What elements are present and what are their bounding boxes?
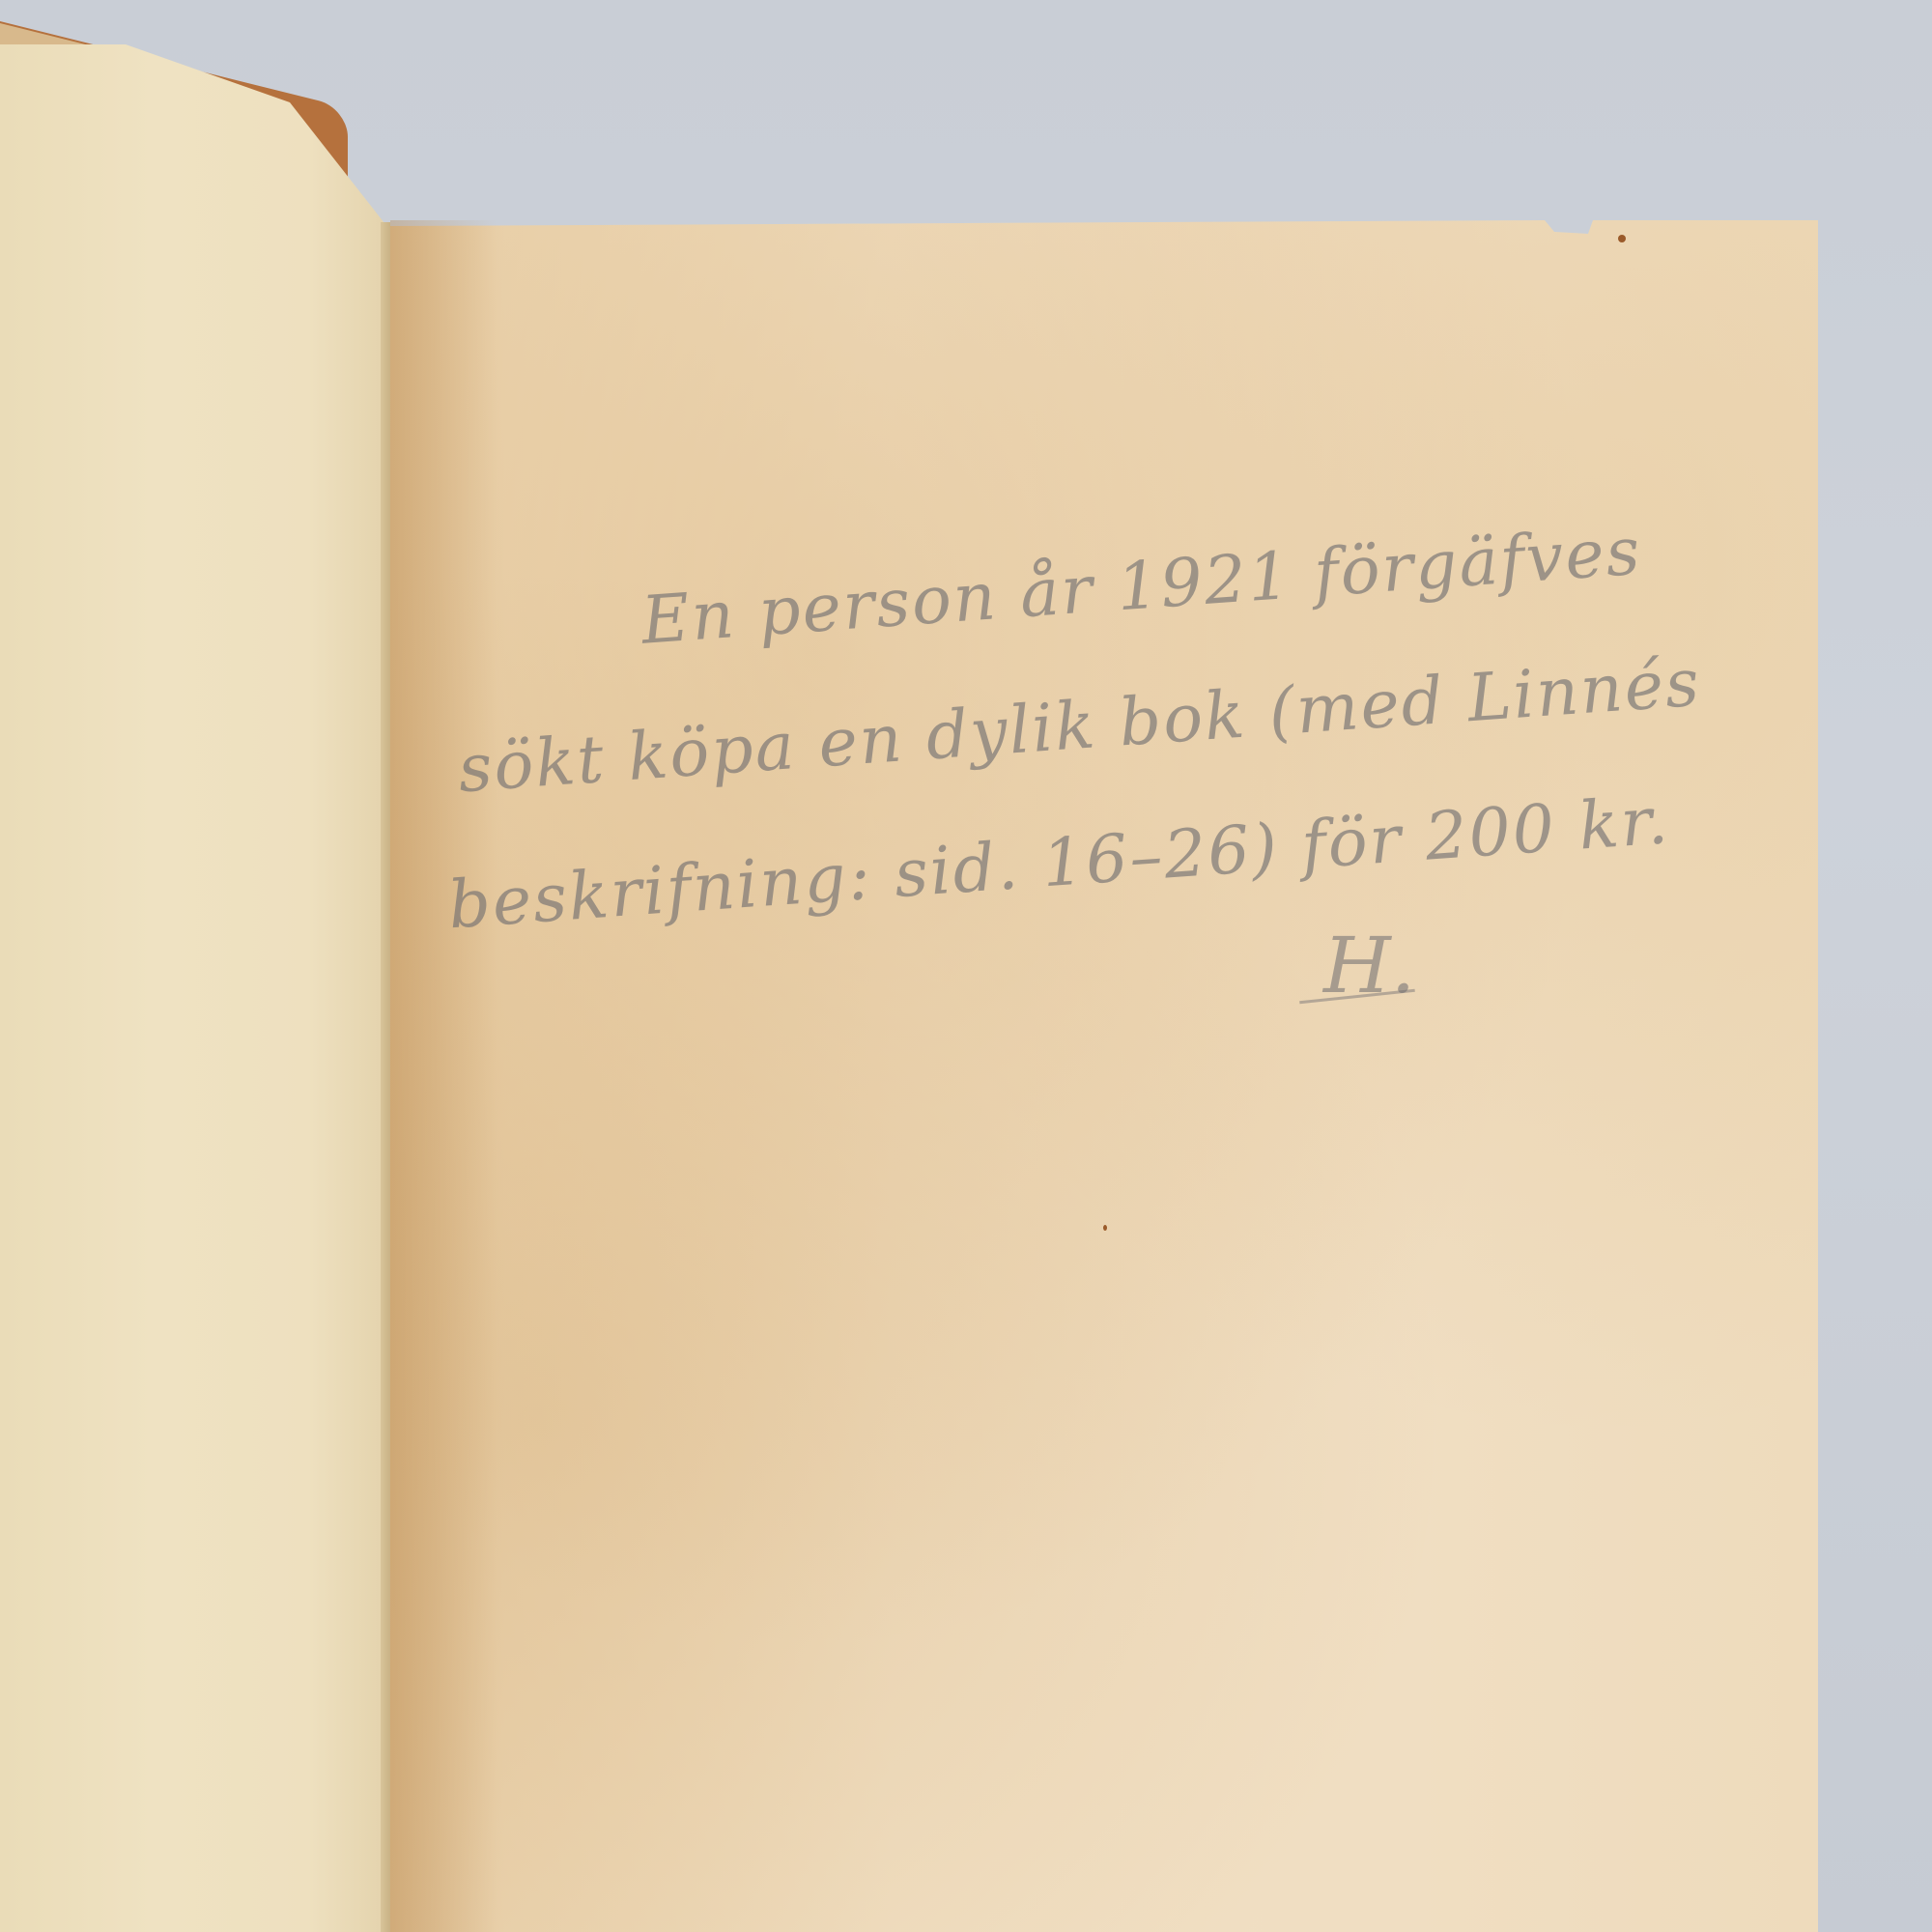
left-page-edge bbox=[381, 222, 390, 1932]
book-photo: En person år 1921 förgäfves sökt köpa en… bbox=[0, 0, 1932, 1932]
signature-initials: H. bbox=[1323, 927, 1415, 1005]
foxing-spot bbox=[1618, 235, 1626, 242]
left-page bbox=[0, 44, 386, 1932]
right-page bbox=[390, 220, 1818, 1932]
gutter-shadow bbox=[390, 220, 497, 1932]
foxing-spot bbox=[1103, 1225, 1107, 1231]
